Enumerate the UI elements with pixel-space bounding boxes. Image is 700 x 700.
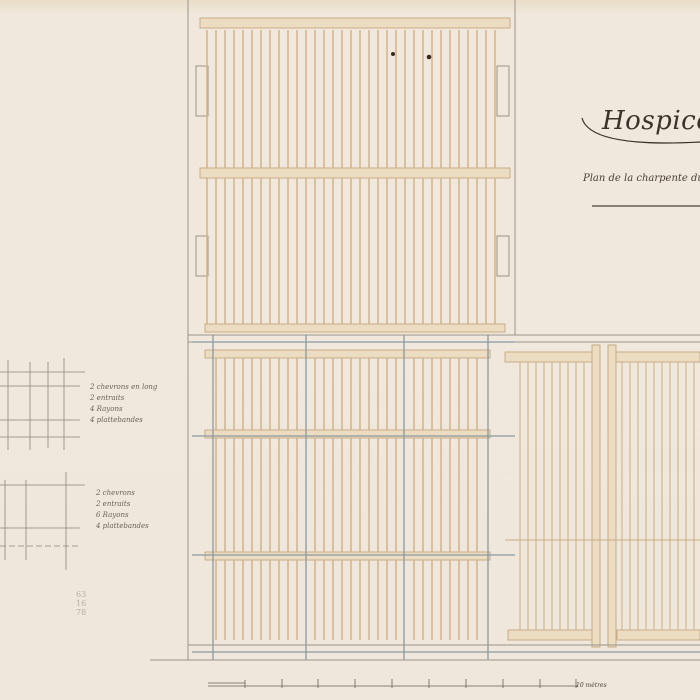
note-line: 2 chevrons en long	[90, 382, 157, 393]
upper-rafters	[207, 30, 495, 330]
note-line: 2 entraits	[96, 499, 149, 510]
pencil-sketch-1	[0, 358, 85, 450]
drawing-title: Hospice Bea...	[602, 106, 700, 136]
note-line: 2 chevrons	[96, 488, 149, 499]
scale-bar	[208, 679, 578, 688]
note-line: 4 Rayons	[90, 404, 157, 415]
sketch-note-1: 2 chevrons en long 2 entraits 4 Rayons 4…	[90, 382, 157, 426]
lower-rafters-left	[216, 352, 477, 640]
blue-tie-lines	[192, 335, 700, 660]
margin-numbers: 63 16 78	[76, 590, 86, 617]
drawing-canvas	[0, 0, 700, 700]
sketch-note-2: 2 chevrons 2 entraits 6 Rayons 4 platteb…	[96, 488, 149, 532]
upper-beams	[200, 18, 510, 332]
lower-beams	[205, 350, 490, 560]
note-line: 4 plattebandes	[90, 415, 157, 426]
drawing-subtitle: Plan de la charpente du ...	[583, 173, 700, 184]
scale-label: 10 mètres	[576, 682, 607, 689]
pencil-sketch-2	[0, 472, 85, 570]
margin-number: 63	[76, 590, 86, 599]
note-line: 6 Rayons	[96, 510, 149, 521]
margin-number: 78	[76, 608, 86, 617]
note-line: 2 entraits	[90, 393, 157, 404]
margin-number: 16	[76, 599, 86, 608]
lower-rafters-right	[520, 360, 694, 632]
note-line: 4 plattebandes	[96, 521, 149, 532]
